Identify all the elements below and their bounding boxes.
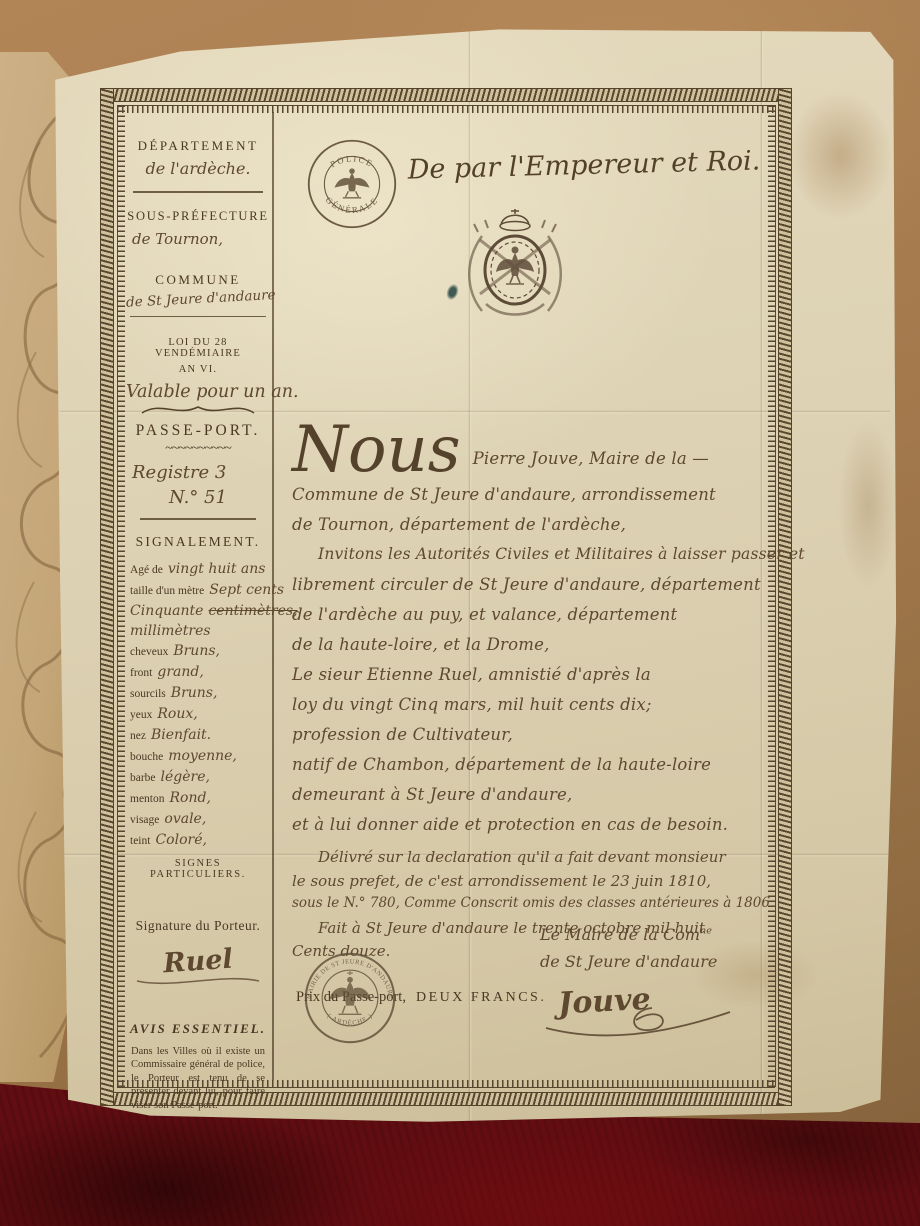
signalement-row: visageovale, (126, 809, 270, 830)
section-rule (140, 518, 255, 520)
signalement-row: cheveuxBruns, (126, 641, 270, 662)
signalement-row: bouchemoyenne, (126, 746, 270, 767)
body-line: de Tournon, département de l'ardèche, (292, 515, 767, 545)
signalement-row: millimètres (126, 621, 270, 641)
body-line: de la haute-loire, et la Drome, (292, 635, 767, 665)
delivery-line: Délivré sur la declaration qu'il a fait … (292, 848, 767, 872)
signalement-title: SIGNALEMENT. (126, 534, 270, 550)
commune-value: de St Jeure d'andaure (126, 287, 271, 311)
body-line: Le sieur Etienne Ruel, amnistié d'après … (292, 665, 767, 695)
body-text: Nous Pierre Jouve, Maire de la — Commune… (292, 423, 767, 845)
border-guilloche-top (100, 88, 792, 102)
border-fringe-left (117, 105, 125, 1087)
price-value: DEUX FRANCS. (416, 990, 546, 1005)
border-guilloche-right (778, 88, 792, 1106)
closing-block: Le Maire de la Comne de St Jeure d'andau… (540, 925, 770, 1046)
delivery-line: sous le N.° 780, Comme Conscrit omis des… (292, 895, 767, 919)
body-line: Commune de St Jeure d'andaure, arrondiss… (292, 485, 767, 515)
passport-number: N.° 51 (126, 487, 270, 508)
bracket-squiggle (138, 404, 258, 416)
loi-line1: LOI DU 28 VENDÉMIAIRE (126, 337, 270, 359)
signes-particuliers: SIGNES PARTICULIERS. (126, 858, 270, 880)
signalement-row: Agé devingt huit ans (126, 559, 270, 580)
opening-line: Nous Pierre Jouve, Maire de la — (292, 423, 767, 485)
departement-label: DÉPARTEMENT (126, 138, 270, 154)
svg-text:POLICE: POLICE (328, 153, 375, 169)
paper-stain (838, 420, 898, 590)
border-guilloche-left (100, 88, 114, 1106)
departement-value: de l'ardèche. (126, 159, 270, 178)
delivery-line: le sous prefet, de c'est arrondissement … (292, 872, 767, 896)
sous-prefecture-label: SOUS-PRÉFECTURE (126, 209, 270, 224)
body-line: de l'ardèche au puy, et valance, départe… (292, 605, 767, 635)
paper-stain (788, 90, 893, 220)
police-generale-stamp: POLICE GÉNÉRALE (306, 138, 398, 230)
body-line: profession de Cultivateur, (292, 725, 767, 755)
section-rule (133, 191, 263, 193)
signalement-row: teintColoré, (126, 830, 270, 851)
left-column: DÉPARTEMENT de l'ardèche. SOUS-PRÉFECTUR… (126, 112, 270, 1112)
body-line: et à lui donner aide et protection en ca… (292, 815, 767, 845)
loi-line2: AN VI. (126, 364, 270, 375)
closing-line: de St Jeure d'andaure (540, 952, 770, 971)
stamp-eagle-icon (335, 168, 370, 197)
signalement-rows: Agé devingt huit ans taille d'un mètreSe… (126, 559, 270, 851)
sous-prefecture-value: de Tournon, (126, 230, 270, 248)
signalement-row: taille d'un mètreSept cents (126, 580, 270, 601)
valable-un-an: Valable pour un an. (126, 382, 270, 402)
registre-number: Registre 3 (126, 462, 270, 483)
signalement-row: barbelégère, (126, 767, 270, 788)
signalement-row: sourcilsBruns, (126, 683, 270, 704)
signalement-row: mentonRond, (126, 788, 270, 809)
struck-word: centimètres, (208, 601, 297, 621)
signalement-row: yeuxRoux, (126, 704, 270, 725)
passeport-title: PASSE-PORT. (126, 422, 270, 440)
mairie-stamp: MAIRIE DE ST JEURE D'ANDAURE ( ARDÈCHE ) (302, 950, 398, 1046)
body-line: loy du vingt Cinq mars, mil huit cents d… (292, 695, 767, 725)
signalement-row: nezBienfait. (126, 725, 270, 746)
body-line: Invitons les Autorités Civiles et Milita… (292, 545, 767, 575)
body-line: librement circuler de St Jeure d'andaure… (292, 575, 767, 605)
imperial-title: De par l'Empereur et Roi. (404, 145, 765, 185)
body-line: natif de Chambon, département de la haut… (292, 755, 767, 785)
photo-of-passport: { "colors": { "paper": "#ddd2b4", "print… (0, 0, 920, 1226)
closing-line: Le Maire de la Comne (540, 925, 770, 944)
body-line: demeurant à St Jeure d'andaure, (292, 785, 767, 815)
imperial-coat-of-arms (452, 206, 578, 326)
signalement-row: frontgrand, (126, 662, 270, 683)
signature-porteur-label: Signature du Porteur. (126, 918, 270, 934)
wavy-rule: ~~~~~~~~~~ (126, 444, 270, 454)
stamp-text-top: POLICE (328, 153, 375, 169)
avis-text: Dans les Villes où il existe un Commissa… (126, 1045, 270, 1113)
superscript: ne (700, 926, 712, 937)
avis-title: AVIS ESSENTIEL. (126, 1021, 270, 1037)
signalement-row: Cinquantecentimètres, (126, 601, 270, 621)
passport-sheet: DÉPARTEMENT de l'ardèche. SOUS-PRÉFECTUR… (0, 0, 920, 1226)
opening-word: Nous (292, 423, 461, 477)
commune-label: COMMUNE (126, 272, 270, 288)
mairie-stamp-eagle-icon (329, 971, 371, 1014)
section-rule (130, 316, 267, 318)
